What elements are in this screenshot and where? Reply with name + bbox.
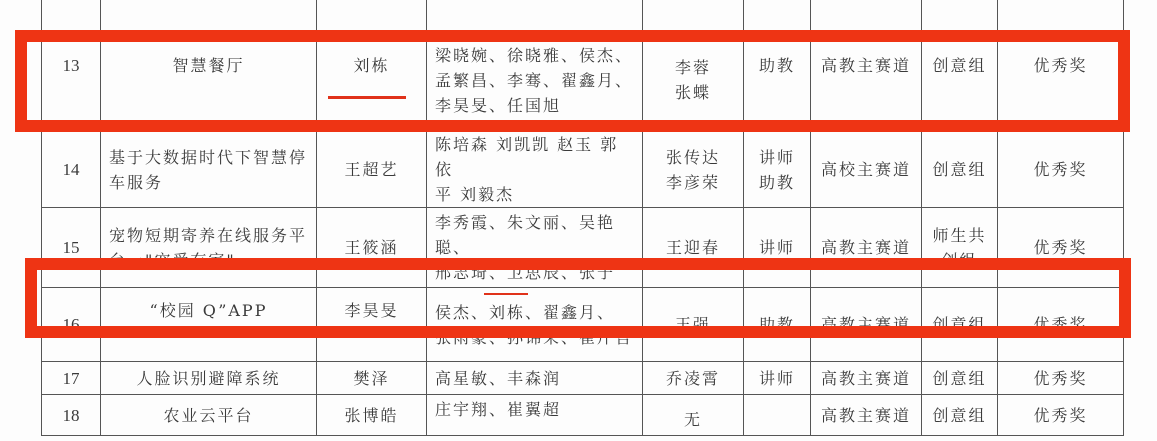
title-cell: 讲师	[744, 362, 811, 395]
group-cell: 创意组	[922, 132, 998, 208]
award-table: 13 智慧餐厅 刘栋 梁晓婉、徐晓雅、侯杰、 孟繁昌、李骞、翟鑫月、 李昊旻、任…	[41, 0, 1124, 436]
track-cell: 高教主赛道	[811, 208, 922, 288]
track-cell: 高教主赛道	[811, 288, 922, 362]
members-text: 李秀霞、朱文丽、吴艳聪、 邢志琦、卫思辰、张子航、 陈辉	[435, 210, 636, 286]
award-cell: 优秀奖	[998, 0, 1124, 132]
project-cell: 农业云平台	[101, 395, 317, 436]
title-cell	[744, 395, 811, 436]
index-cell: 16	[42, 288, 101, 362]
project-text: 基于大数据时代下智慧停 车服务	[109, 145, 307, 195]
award-cell: 优秀奖	[998, 132, 1124, 208]
project-cell: 智慧餐厅	[101, 0, 317, 132]
title-text: 讲师 助教	[759, 145, 795, 195]
table-row: 13 智慧餐厅 刘栋 梁晓婉、徐晓雅、侯杰、 孟繁昌、李骞、翟鑫月、 李昊旻、任…	[42, 0, 1124, 132]
group-text: 师生共 创组	[932, 223, 986, 273]
track-cell: 高教主赛道	[811, 362, 922, 395]
award-cell: 优秀奖	[998, 288, 1124, 362]
group-cell: 创意组	[922, 395, 998, 436]
table-row: 15 宠物短期寄养在线服务平 台一"宠爱有家" 王筱涵 李秀霞、朱文丽、吴艳聪、…	[42, 208, 1124, 288]
members-cell: 李秀霞、朱文丽、吴艳聪、 邢志琦、卫思辰、张子航、 陈辉	[427, 208, 643, 288]
members-cell: 陈培森 刘凯凯 赵玉 郭依 平 刘毅杰	[427, 132, 643, 208]
project-text: 宠物短期寄养在线服务平 台一"宠爱有家"	[109, 223, 307, 273]
name-underline-row-16	[484, 293, 528, 295]
title-cell: 助教	[744, 0, 811, 132]
members-cell: 梁晓婉、徐晓雅、侯杰、 孟繁昌、李骞、翟鑫月、 李昊旻、任国旭	[427, 0, 643, 132]
track-cell: 高校主赛道	[811, 132, 922, 208]
index-cell: 13	[42, 0, 101, 132]
members-cell: 侯杰、刘栋、翟鑫月、 张雨豪、孙锦荣、崔芹哲	[427, 288, 643, 362]
leader-cell: 王超艺	[317, 132, 427, 208]
award-cell: 优秀奖	[998, 395, 1124, 436]
table-row: 17 人脸识别避障系统 樊泽 高星敏、丰森润 乔凌霄 讲师 高教主赛道 创意组 …	[42, 362, 1124, 395]
leader-cell: 张博皓	[317, 395, 427, 436]
award-cell: 优秀奖	[998, 208, 1124, 288]
award-cell: 优秀奖	[998, 362, 1124, 395]
index-cell: 15	[42, 208, 101, 288]
advisor-cell: 乔凌霄	[643, 362, 744, 395]
advisor-cell: 无	[643, 395, 744, 436]
project-cell: “校园 Q”APP	[101, 288, 317, 362]
members-text: 侯杰、刘栋、翟鑫月、 张雨豪、孙锦荣、崔芹哲	[435, 300, 633, 350]
leader-cell: 王筱涵	[317, 208, 427, 288]
members-cell: 庄宇翔、崔翼超	[427, 395, 643, 436]
track-cell: 高教主赛道	[811, 395, 922, 436]
table-row: 18 农业云平台 张博皓 庄宇翔、崔翼超 无 高教主赛道 创意组 优秀奖	[42, 395, 1124, 436]
group-cell: 创意组	[922, 288, 998, 362]
advisor-text: 李蓉 张蝶	[675, 55, 711, 105]
group-cell: 师生共 创组	[922, 208, 998, 288]
title-cell: 讲师	[744, 208, 811, 288]
advisor-text: 张传达 李彦荣	[666, 145, 720, 195]
advisor-cell: 王强	[643, 288, 744, 362]
name-underline-row-13	[328, 96, 406, 99]
advisor-cell: 李蓉 张蝶	[643, 0, 744, 132]
title-cell: 讲师 助教	[744, 132, 811, 208]
table-row: 14 基于大数据时代下智慧停 车服务 王超艺 陈培森 刘凯凯 赵玉 郭依 平 刘…	[42, 132, 1124, 208]
leader-cell: 刘栋	[317, 0, 427, 132]
leader-cell: 李昊旻	[317, 288, 427, 362]
index-cell: 18	[42, 395, 101, 436]
members-cell: 高星敏、丰森润	[427, 362, 643, 395]
project-cell: 人脸识别避障系统	[101, 362, 317, 395]
group-cell: 创意组	[922, 362, 998, 395]
project-cell: 基于大数据时代下智慧停 车服务	[101, 132, 317, 208]
index-cell: 17	[42, 362, 101, 395]
project-cell: 宠物短期寄养在线服务平 台一"宠爱有家"	[101, 208, 317, 288]
advisor-cell: 王迎春	[643, 208, 744, 288]
leader-cell: 樊泽	[317, 362, 427, 395]
table-row: 16 “校园 Q”APP 李昊旻 侯杰、刘栋、翟鑫月、 张雨豪、孙锦荣、崔芹哲 …	[42, 288, 1124, 362]
members-text: 陈培森 刘凯凯 赵玉 郭依 平 刘毅杰	[435, 132, 636, 207]
advisor-cell: 张传达 李彦荣	[643, 132, 744, 208]
title-cell: 助教	[744, 288, 811, 362]
index-cell: 14	[42, 132, 101, 208]
members-text: 梁晓婉、徐晓雅、侯杰、 孟繁昌、李骞、翟鑫月、 李昊旻、任国旭	[435, 43, 633, 118]
track-cell: 高教主赛道	[811, 0, 922, 132]
group-cell: 创意组	[922, 0, 998, 132]
